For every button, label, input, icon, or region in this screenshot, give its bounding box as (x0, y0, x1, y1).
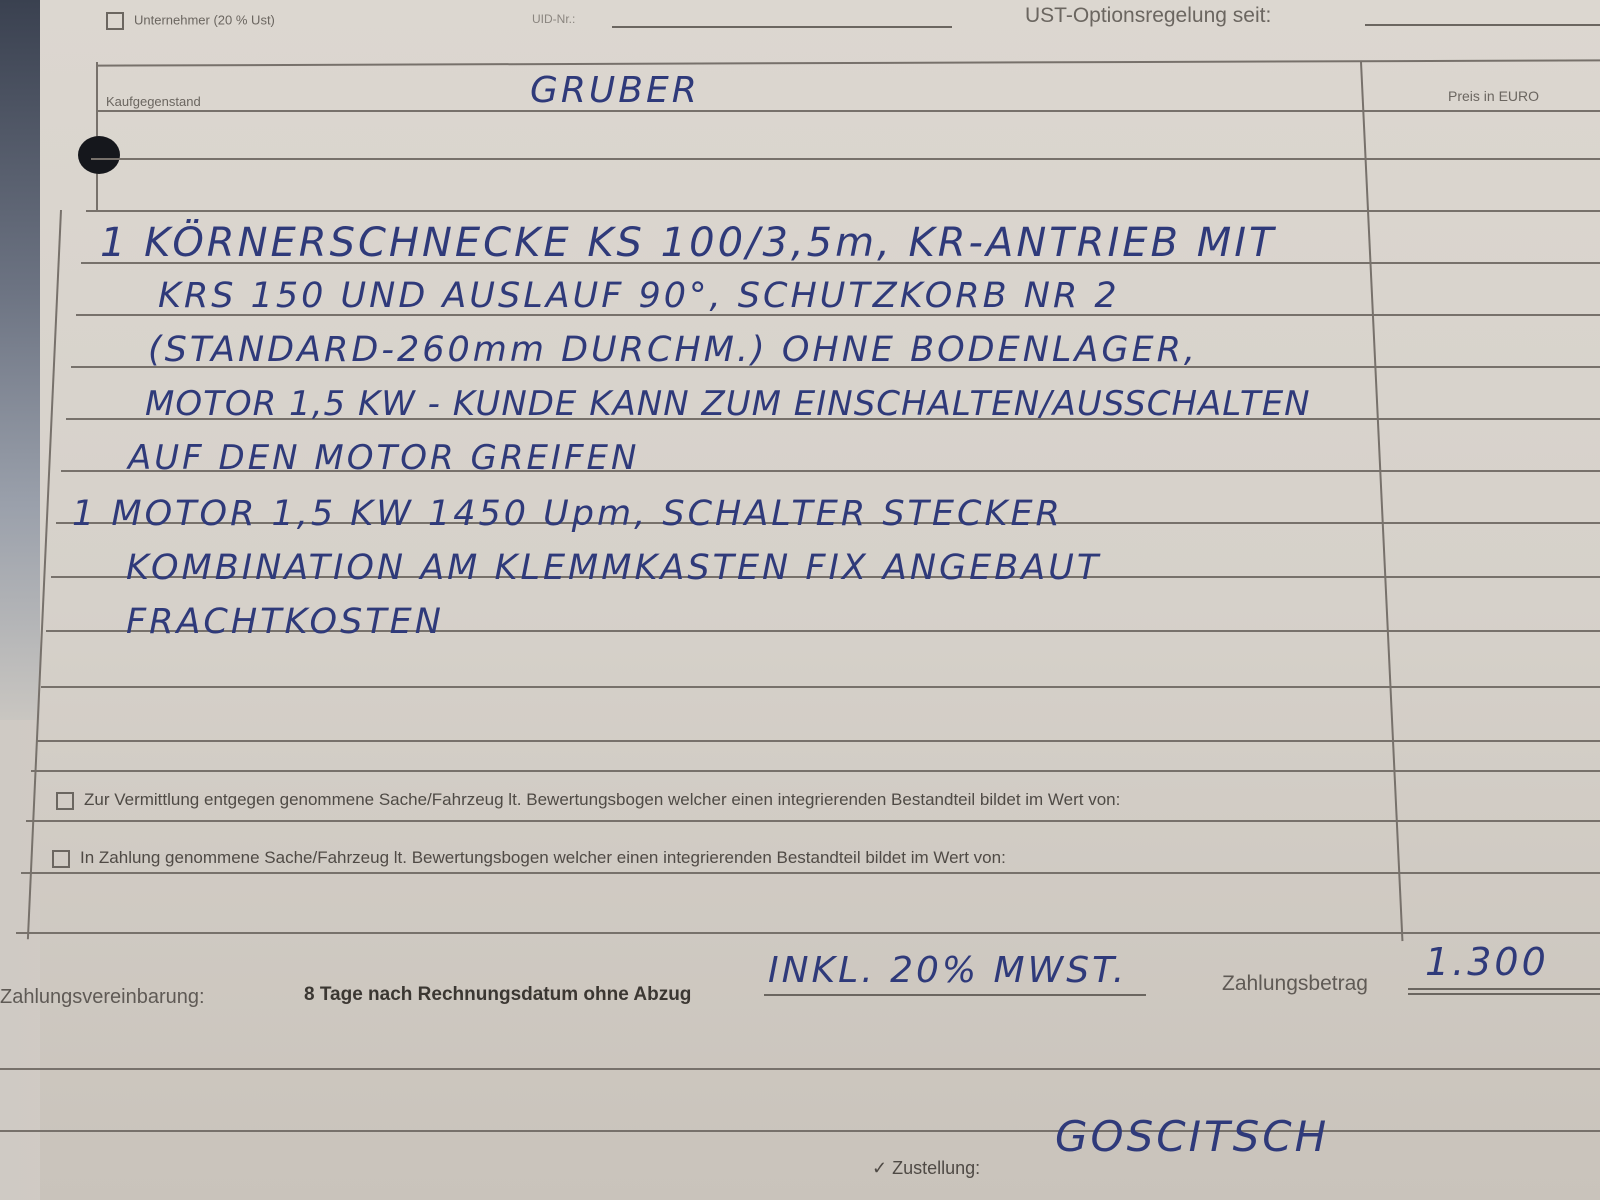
amount-line (1408, 988, 1600, 990)
ruled-line (26, 820, 1600, 822)
line-item-text: (STANDARD-260mm DURCHM.) OHNE BODENLAGER… (148, 330, 1198, 370)
inzahlung-label: In Zahlung genommene Sache/Fahrzeug lt. … (80, 848, 1006, 867)
punch-hole (78, 136, 120, 174)
col-price-label: Preis in EURO (1448, 88, 1539, 104)
tax-note-line (764, 994, 1146, 996)
unternehmer-field: Unternehmer (20 % Ust) (106, 12, 275, 30)
ruled-line (16, 932, 1600, 934)
tax-note: INKL. 20% MWST. (768, 950, 1127, 991)
payment-terms: 8 Tage nach Rechnungsdatum ohne Abzug (304, 984, 691, 1006)
line-item-text: KOMBINATION AM KLEMMKASTEN FIX ANGEBAUT (126, 548, 1101, 588)
uid-label: UID-Nr.: (532, 12, 575, 26)
delivery-value: GOSCITSCH (1055, 1112, 1329, 1161)
ruled-line (21, 872, 1600, 874)
line-item-text: KRS 150 UND AUSLAUF 90°, SCHUTZKORB NR 2 (158, 276, 1120, 316)
col-item-label: Kaufgegenstand (106, 94, 201, 109)
ust-option-input[interactable] (1365, 24, 1600, 26)
delivery-label: ✓ Zustellung: (872, 1158, 980, 1179)
ruled-line (96, 110, 1600, 112)
amount-line-double (1408, 993, 1600, 995)
ruled-line (31, 770, 1600, 772)
amount-label: Zahlungsbetrag (1222, 972, 1368, 996)
inzahlung-row: In Zahlung genommene Sache/Fahrzeug lt. … (52, 848, 1006, 868)
ruled-line (36, 740, 1600, 742)
inzahlung-checkbox[interactable] (52, 850, 70, 868)
line-item-text: 1 MOTOR 1,5 KW 1450 Upm, SCHALTER STECKE… (72, 494, 1063, 534)
line-item-text: AUF DEN MOTOR GREIFEN (128, 438, 639, 478)
payment-agreement-label: Zahlungsvereinbarung: (0, 986, 205, 1009)
vermittlung-label: Zur Vermittlung entgegen genommene Sache… (84, 790, 1120, 809)
line-item-text: MOTOR 1,5 KW - KUNDE KANN ZUM EINSCHALTE… (145, 384, 1311, 424)
uid-input[interactable] (612, 26, 952, 28)
line-item-text: FRACHTKOSTEN (126, 602, 444, 642)
unternehmer-checkbox[interactable] (106, 12, 124, 30)
line-item-text: 1 KÖRNERSCHNECKE KS 100/3,5m, KR-ANTRIEB… (100, 220, 1276, 266)
form-rule (0, 1130, 1600, 1132)
ruled-line (41, 686, 1600, 688)
unternehmer-label: Unternehmer (20 % Ust) (134, 12, 275, 27)
form-rule (0, 1068, 1600, 1070)
amount-value: 1.300 (1425, 940, 1549, 984)
ruled-line (86, 210, 1600, 212)
checkmark-icon: ✓ (872, 1158, 887, 1178)
ust-option-label: UST-Optionsregelung seit: (1025, 4, 1271, 28)
vermittlung-row: Zur Vermittlung entgegen genommene Sache… (56, 790, 1120, 810)
ruled-line (91, 158, 1600, 160)
customer-name: GRUBER (530, 70, 700, 111)
vermittlung-checkbox[interactable] (56, 792, 74, 810)
